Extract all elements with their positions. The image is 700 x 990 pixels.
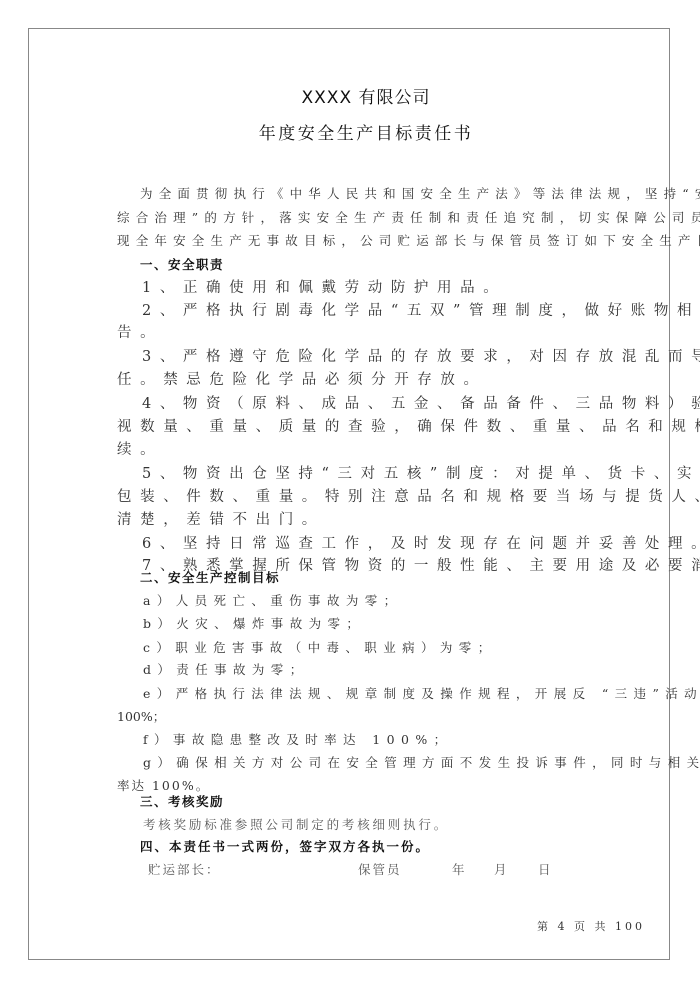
- intro-line-1: 为全面贯彻执行《中华人民共和国安全生产法》等法律法规，坚持“安全第一，预防为主，: [140, 188, 700, 201]
- duty-item-6: 6、坚持日常巡查工作，及时发现存在问题并妥善处理。: [142, 537, 700, 552]
- intro-line-2: 综合治理”的方针，落实安全生产责任制和责任追究制，切实保障公司员工生命财产安全，…: [117, 212, 700, 225]
- target-item-e: e）严格执行法律法规、规章制度及操作规程，开展反 “三违”活动，三违查处率: [143, 688, 700, 701]
- signature-month-label: 月: [494, 864, 509, 877]
- duty-item-5: 5、物资出仓坚持“三对五核”制度：对提单、货卡、实物；核品名、规格、: [142, 467, 700, 482]
- intro-line-3: 现全年安全生产无事故目标，公司贮运部长与保管员签订如下安全生产目标责任书。: [117, 235, 700, 248]
- signature-day-label: 日: [538, 864, 553, 877]
- target-item-d: d）责任事故为零；: [143, 664, 309, 677]
- section-heading-targets: 二、安全生产控制目标: [140, 572, 280, 585]
- document-title: 年度安全生产目标责任书: [0, 126, 700, 143]
- duty-item-4: 4、物资（原料、成品、五金、备品备件、三品物料）验收必须人到现场，重: [142, 397, 700, 412]
- duty-item-1: 1、正确使用和佩戴劳动防护用品。: [142, 281, 506, 296]
- signature-party-b-label: 保管员: [358, 864, 402, 877]
- target-item-f: f）事故隐患整改及时率达 100%；: [143, 734, 453, 747]
- target-item-e-cont: 100%；: [117, 711, 165, 724]
- section-heading-assessment: 三、考核奖励: [140, 796, 224, 809]
- signature-year-label: 年: [452, 864, 467, 877]
- section-heading-duties: 一、安全职责: [140, 259, 224, 272]
- signature-party-a-label: 贮运部长：: [148, 864, 221, 877]
- target-item-g: g）确保相关方对公司在安全管理方面不发生投诉事件，同时与相关方安全协议签定: [143, 757, 700, 770]
- duty-item-5-cont-2: 清楚，差错不出门。: [117, 513, 325, 528]
- assessment-text: 考核奖励标准参照公司制定的考核细则执行。: [143, 819, 449, 832]
- company-title: XXXX 有限公司: [0, 90, 700, 107]
- duty-item-5-cont-1: 包装、件数、重量。特别注意品名和规格要当场与提货人、发料员、领用人交接: [117, 490, 700, 505]
- target-item-a: a）人员死亡、重伤事故为零；: [143, 595, 403, 608]
- duty-item-2: 2、严格执行剧毒化学品“五双”管理制度，做好账物相符，发现丢失立即报: [142, 304, 700, 319]
- section-heading-copies: 四、本责任书一式两份，签字双方各执一份。: [140, 841, 430, 854]
- page-number: 第 4 页 共 100: [537, 921, 645, 932]
- target-item-c: c）职业危害事故（中毒、职业病）为零；: [143, 642, 497, 655]
- target-item-b: b）火灾、爆炸事故为零；: [143, 618, 365, 631]
- duty-item-4-cont-2: 续。: [117, 443, 163, 458]
- target-item-g-cont: 率达 100%。: [117, 780, 210, 793]
- duty-item-4-cont-1: 视数量、重量、质量的查验，确保件数、重量、品名和规格无误，并办好交接手: [117, 420, 700, 435]
- duty-item-3-cont: 任。禁忌危险化学品必须分开存放。: [117, 373, 487, 388]
- duty-item-2-cont: 告。: [117, 326, 163, 341]
- duty-item-3: 3、严格遵守危险化学品的存放要求，对因存放混乱而导致事故的，负直接责: [142, 350, 700, 365]
